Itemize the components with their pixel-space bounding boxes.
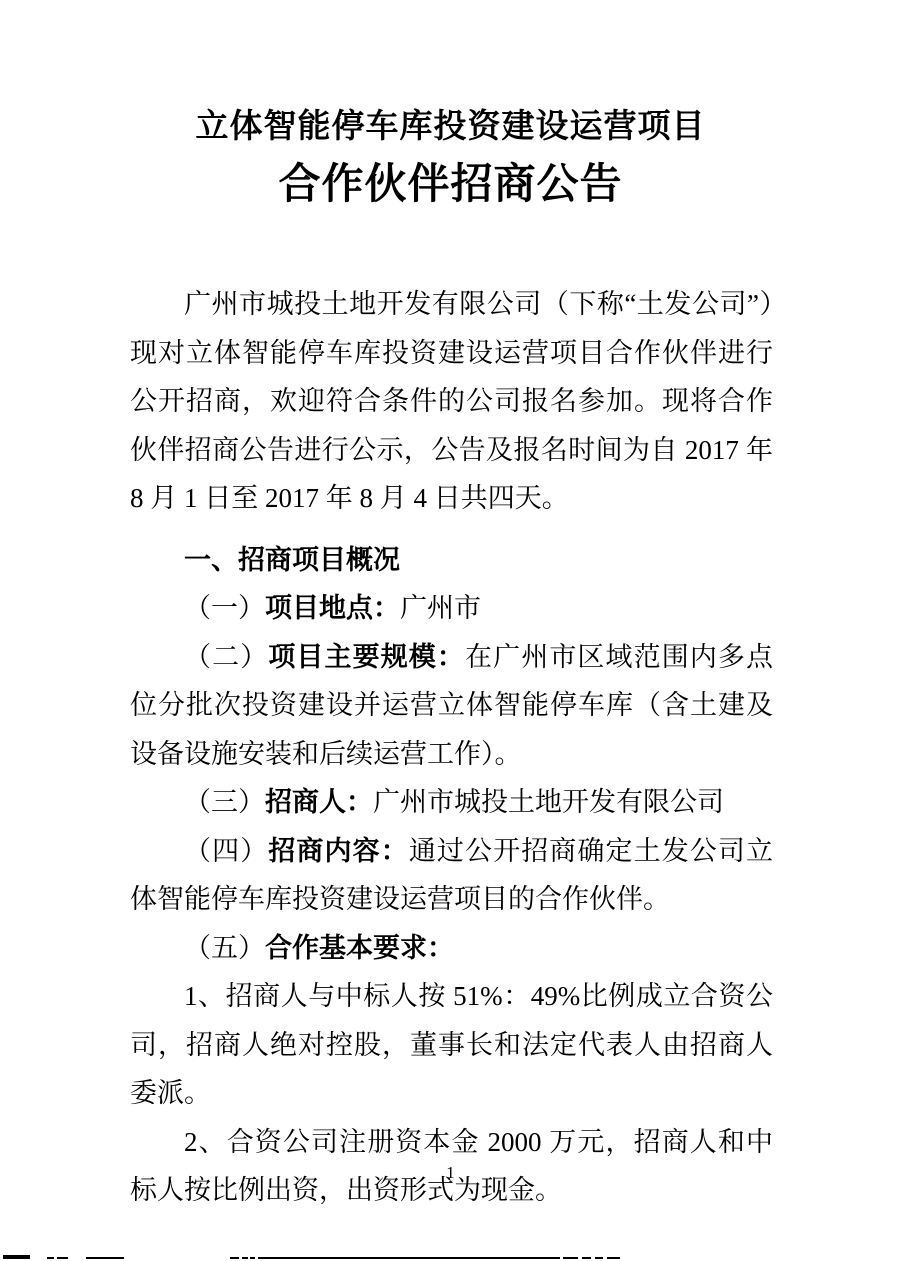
item-text: 广州市城投土地开发有限公司 (373, 787, 724, 817)
scan-artifact-segment (3, 1255, 30, 1259)
item-label: 项目地点： (265, 593, 400, 623)
document-title: 立体智能停车库投资建设运营项目 合作伙伴招商公告 (0, 0, 901, 214)
document-body: 广州市城投土地开发有限公司（下称“土发公司”）现对立体智能停车库投资建设运营项目… (130, 280, 773, 1215)
item-recruiter: （三）招商人：广州市城投土地开发有限公司 (130, 778, 773, 827)
scan-artifact-segment (86, 1257, 124, 1259)
scan-artifact-segment (582, 1257, 591, 1259)
item-text: 广州市 (400, 593, 481, 623)
scan-artifact-segment (250, 1257, 255, 1259)
item-label: 项目主要规模： (268, 642, 465, 672)
scan-artifact-segment (57, 1257, 68, 1259)
item-prefix: （四） (184, 836, 268, 866)
requirement-1: 1、招商人与中标人按 51%：49%比例成立合资公司，招商人绝对控股，董事长和法… (130, 972, 773, 1118)
item-prefix: （一） (184, 593, 265, 623)
scan-artifact-segment (258, 1257, 560, 1259)
item-project-location: （一）项目地点：广州市 (130, 584, 773, 633)
intro-paragraph: 广州市城投土地开发有限公司（下称“土发公司”）现对立体智能停车库投资建设运营项目… (130, 280, 773, 523)
item-cooperation-requirements: （五）合作基本要求： (130, 924, 773, 973)
scan-artifact-segment (607, 1257, 620, 1259)
item-label: 招商内容： (268, 836, 409, 866)
title-line-1: 立体智能停车库投资建设运营项目 (0, 102, 901, 152)
item-prefix: （三） (184, 787, 265, 817)
item-label: 招商人： (265, 787, 373, 817)
title-line-2: 合作伙伴招商公告 (0, 156, 901, 214)
item-prefix: （五） (184, 933, 265, 963)
item-project-scale: （二）项目主要规模：在广州市区域范围内多点位分批次投资建设并运营立体智能停车库（… (130, 633, 773, 779)
document-page: 立体智能停车库投资建设运营项目 合作伙伴招商公告 广州市城投土地开发有限公司（下… (0, 0, 901, 1261)
section-heading: 一、招商项目概况 (130, 536, 773, 585)
item-prefix: （二） (184, 642, 268, 672)
scan-artifact-segment (230, 1257, 239, 1259)
scan-artifact-segment (242, 1257, 248, 1259)
page-number: 1 (0, 1163, 901, 1183)
scan-artifact-segment (47, 1257, 54, 1259)
item-recruit-content: （四）招商内容：通过公开招商确定土发公司立体智能停车库投资建设运营项目的合作伙伴… (130, 827, 773, 924)
scan-artifact-segment (595, 1257, 603, 1259)
item-label: 合作基本要求： (265, 933, 454, 963)
scan-artifact-segment (563, 1257, 578, 1259)
